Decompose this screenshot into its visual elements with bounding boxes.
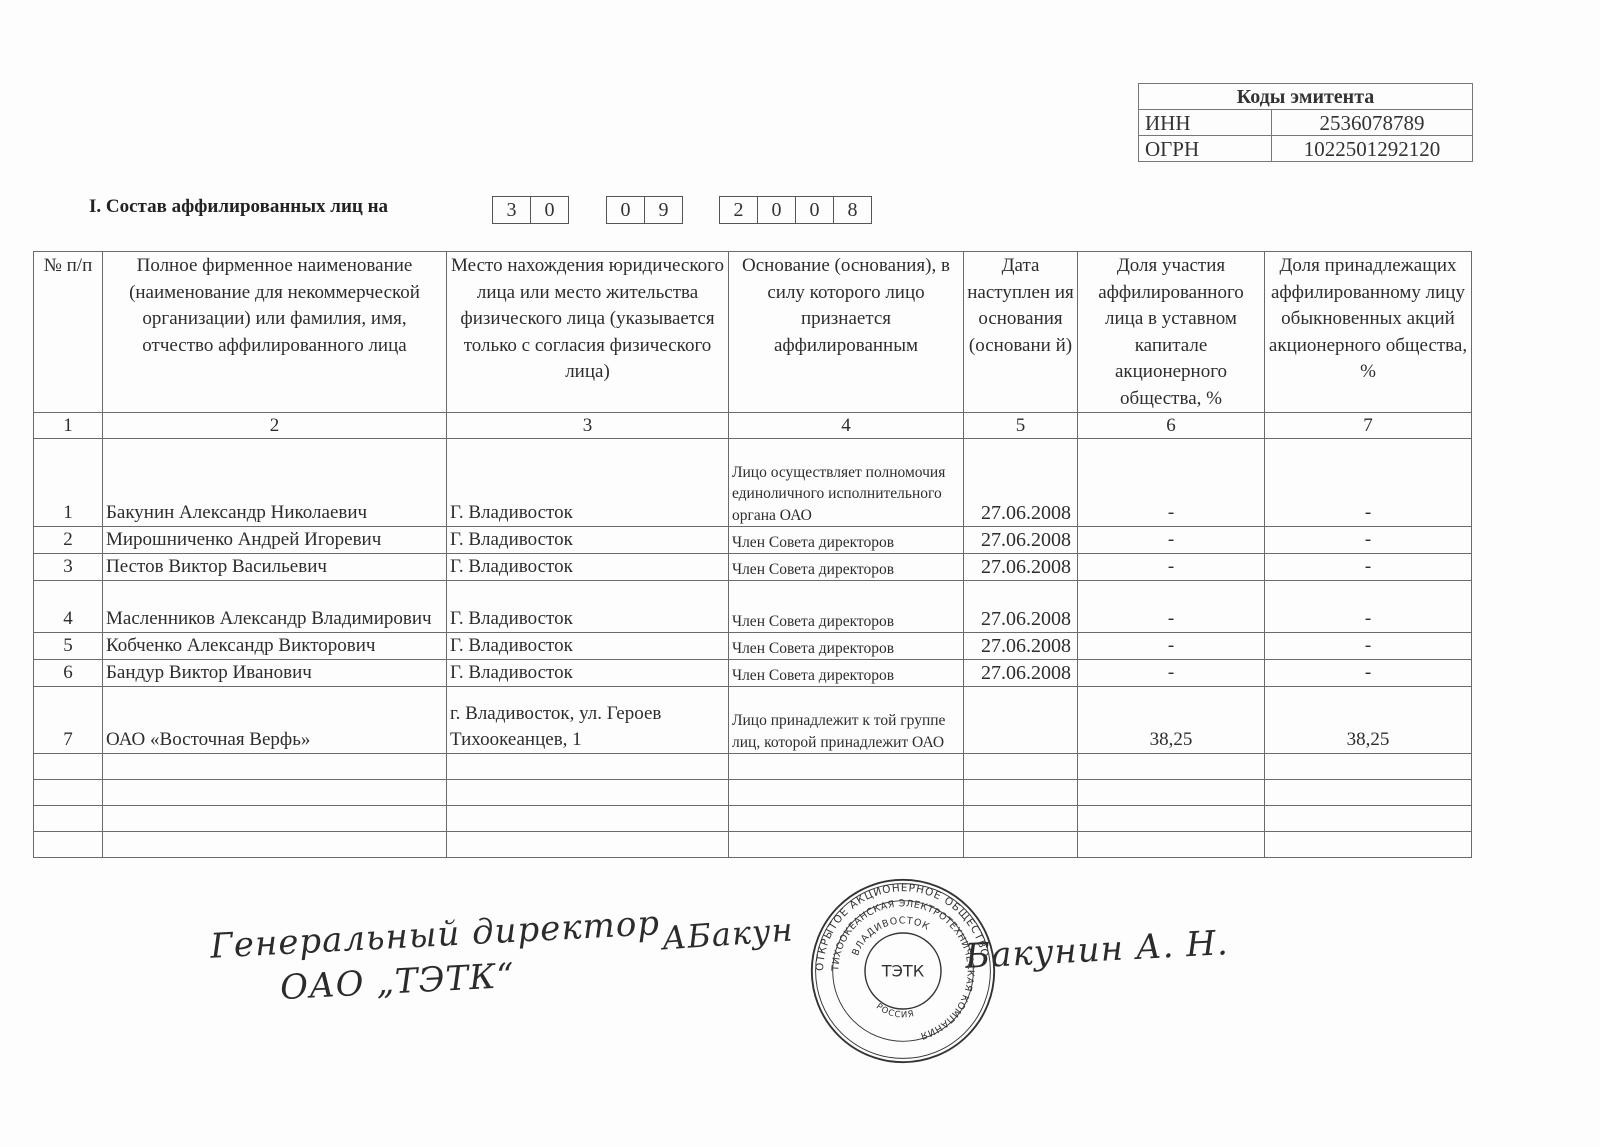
column-number: 3 — [447, 413, 729, 439]
empty-cell — [1078, 806, 1265, 832]
person-name: Пестов Виктор Васильевич — [103, 554, 447, 581]
empty-cell — [1265, 806, 1472, 832]
share-of-stock: - — [1265, 439, 1472, 527]
affiliation-basis: Член Совета директоров — [729, 581, 964, 633]
empty-cell — [103, 754, 447, 780]
location: Г. Владивосток — [447, 660, 729, 687]
table-row: 7ОАО «Восточная Верфь»г. Владивосток, ул… — [34, 687, 1472, 754]
share-in-capital: 38,25 — [1078, 687, 1265, 754]
empty-cell — [729, 754, 964, 780]
empty-table-row — [34, 806, 1472, 832]
table-row: 2Мирошниченко Андрей ИгоревичГ. Владивос… — [34, 527, 1472, 554]
row-number: 7 — [34, 687, 103, 754]
ogrn-value: 1022501292120 — [1272, 136, 1473, 162]
location: Г. Владивосток — [447, 633, 729, 660]
empty-cell — [1078, 832, 1265, 858]
section-title: I. Состав аффилированных лиц на — [89, 196, 388, 218]
table-header-row: № п/п Полное фирменное наименование (наи… — [34, 252, 1472, 413]
signature: АБакун — [661, 910, 795, 957]
row-number: 2 — [34, 527, 103, 554]
signatory-position: Генеральный директор — [209, 903, 661, 967]
empty-cell — [964, 754, 1078, 780]
affiliation-date: 27.06.2008 — [964, 527, 1078, 554]
row-number: 1 — [34, 439, 103, 527]
empty-cell — [964, 832, 1078, 858]
date-digit: 0 — [531, 197, 568, 223]
empty-cell — [447, 754, 729, 780]
empty-table-row — [34, 780, 1472, 806]
company-seal-icon: ОТКРЫТОЕ АКЦИОНЕРНОЕ ОБЩЕСТВО ТИХООКЕАНС… — [808, 876, 998, 1066]
signatory-name: Бакунин А. Н. — [964, 923, 1229, 977]
affiliation-basis: Член Совета директоров — [729, 554, 964, 581]
empty-cell — [729, 780, 964, 806]
date-day-box: 3 0 — [492, 196, 569, 224]
share-in-capital: - — [1078, 554, 1265, 581]
table-row: 5Кобченко Александр ВикторовичГ. Владиво… — [34, 633, 1472, 660]
share-in-capital: - — [1078, 527, 1265, 554]
table-row: 1Бакунин Александр НиколаевичГ. Владивос… — [34, 439, 1472, 527]
share-of-stock: - — [1265, 581, 1472, 633]
signatory-company: ОАО „ТЭТК“ — [279, 956, 516, 1008]
date-month-box: 0 9 — [606, 196, 683, 224]
row-number: 6 — [34, 660, 103, 687]
share-of-stock: - — [1265, 660, 1472, 687]
affiliation-date: 27.06.2008 — [964, 581, 1078, 633]
empty-cell — [34, 754, 103, 780]
location: Г. Владивосток — [447, 581, 729, 633]
issuer-codes-table: Коды эмитента ИНН 2536078789 ОГРН 102250… — [1138, 83, 1473, 162]
empty-cell — [103, 780, 447, 806]
issuer-code-row: ИНН 2536078789 — [1139, 110, 1473, 136]
inn-value: 2536078789 — [1272, 110, 1473, 136]
header-location: Место нахождения юридического лица или м… — [447, 252, 729, 413]
affiliation-date: 27.06.2008 — [964, 633, 1078, 660]
location: г. Владивосток, ул. Героев Тихоокеанцев,… — [447, 687, 729, 754]
share-in-capital: - — [1078, 633, 1265, 660]
share-in-capital: - — [1078, 581, 1265, 633]
person-name: Масленников Александр Владимирович — [103, 581, 447, 633]
location: Г. Владивосток — [447, 439, 729, 527]
empty-cell — [34, 806, 103, 832]
issuer-codes-title: Коды эмитента — [1139, 84, 1473, 110]
header-no: № п/п — [34, 252, 103, 413]
empty-cell — [1265, 832, 1472, 858]
svg-text:РОССИЯ: РОССИЯ — [874, 1002, 916, 1021]
inn-label: ИНН — [1139, 110, 1272, 136]
column-number: 6 — [1078, 413, 1265, 439]
affiliation-basis: Лицо принадлежит к той группе лиц, котор… — [729, 687, 964, 754]
person-name: Кобченко Александр Викторович — [103, 633, 447, 660]
column-number: 5 — [964, 413, 1078, 439]
affiliation-date: 27.06.2008 — [964, 660, 1078, 687]
header-share-stock: Доля принадлежащих аффилированному лицу … — [1265, 252, 1472, 413]
empty-cell — [103, 806, 447, 832]
column-number: 2 — [103, 413, 447, 439]
stamp-country: РОССИЯ — [874, 1002, 916, 1021]
empty-cell — [447, 780, 729, 806]
affiliation-date: 27.06.2008 — [964, 439, 1078, 527]
share-of-stock: - — [1265, 554, 1472, 581]
location: Г. Владивосток — [447, 554, 729, 581]
empty-cell — [34, 780, 103, 806]
table-row: 3Пестов Виктор ВасильевичГ. ВладивостокЧ… — [34, 554, 1472, 581]
empty-cell — [1078, 780, 1265, 806]
empty-cell — [729, 832, 964, 858]
row-number: 3 — [34, 554, 103, 581]
empty-table-row — [34, 754, 1472, 780]
empty-cell — [447, 832, 729, 858]
empty-cell — [964, 780, 1078, 806]
stamp-center: ТЭТК — [881, 962, 925, 981]
date-digit: 3 — [493, 197, 531, 223]
affiliation-date: 27.06.2008 — [964, 554, 1078, 581]
empty-cell — [103, 832, 447, 858]
empty-cell — [447, 806, 729, 832]
date-digit: 0 — [796, 197, 834, 223]
person-name: Бакунин Александр Николаевич — [103, 439, 447, 527]
empty-cell — [964, 806, 1078, 832]
empty-cell — [34, 832, 103, 858]
row-number: 5 — [34, 633, 103, 660]
share-of-stock: - — [1265, 527, 1472, 554]
affiliation-basis: Член Совета директоров — [729, 660, 964, 687]
column-number-row: 1 2 3 4 5 6 7 — [34, 413, 1472, 439]
date-digit: 8 — [834, 197, 871, 223]
empty-cell — [1265, 754, 1472, 780]
date-year-box: 2 0 0 8 — [719, 196, 872, 224]
affiliated-persons-table: № п/п Полное фирменное наименование (наи… — [33, 251, 1472, 858]
column-number: 7 — [1265, 413, 1472, 439]
issuer-code-row: ОГРН 1022501292120 — [1139, 136, 1473, 162]
header-name: Полное фирменное наименование (наименова… — [103, 252, 447, 413]
affiliation-basis: Член Совета директоров — [729, 633, 964, 660]
empty-cell — [729, 806, 964, 832]
person-name: Бандур Виктор Иванович — [103, 660, 447, 687]
column-number: 1 — [34, 413, 103, 439]
affiliation-date — [964, 687, 1078, 754]
affiliation-basis: Член Совета директоров — [729, 527, 964, 554]
empty-cell — [1265, 780, 1472, 806]
empty-table-row — [34, 832, 1472, 858]
column-number: 4 — [729, 413, 964, 439]
affiliation-basis: Лицо осуществляет полномочия единоличног… — [729, 439, 964, 527]
location: Г. Владивосток — [447, 527, 729, 554]
table-body: 1Бакунин Александр НиколаевичГ. Владивос… — [34, 439, 1472, 858]
share-of-stock: 38,25 — [1265, 687, 1472, 754]
share-in-capital: - — [1078, 660, 1265, 687]
date-digit: 2 — [720, 197, 758, 223]
row-number: 4 — [34, 581, 103, 633]
header-date: Дата наступлен ия основания (основани й) — [964, 252, 1078, 413]
share-of-stock: - — [1265, 633, 1472, 660]
header-basis: Основание (основания), в силу которого л… — [729, 252, 964, 413]
date-digit: 9 — [645, 197, 682, 223]
date-digit: 0 — [607, 197, 645, 223]
date-digit: 0 — [758, 197, 796, 223]
table-row: 4Масленников Александр ВладимировичГ. Вл… — [34, 581, 1472, 633]
ogrn-label: ОГРН — [1139, 136, 1272, 162]
person-name: ОАО «Восточная Верфь» — [103, 687, 447, 754]
person-name: Мирошниченко Андрей Игоревич — [103, 527, 447, 554]
share-in-capital: - — [1078, 439, 1265, 527]
empty-cell — [1078, 754, 1265, 780]
header-share-capital: Доля участия аффилированного лица в уста… — [1078, 252, 1265, 413]
table-row: 6Бандур Виктор ИвановичГ. ВладивостокЧле… — [34, 660, 1472, 687]
